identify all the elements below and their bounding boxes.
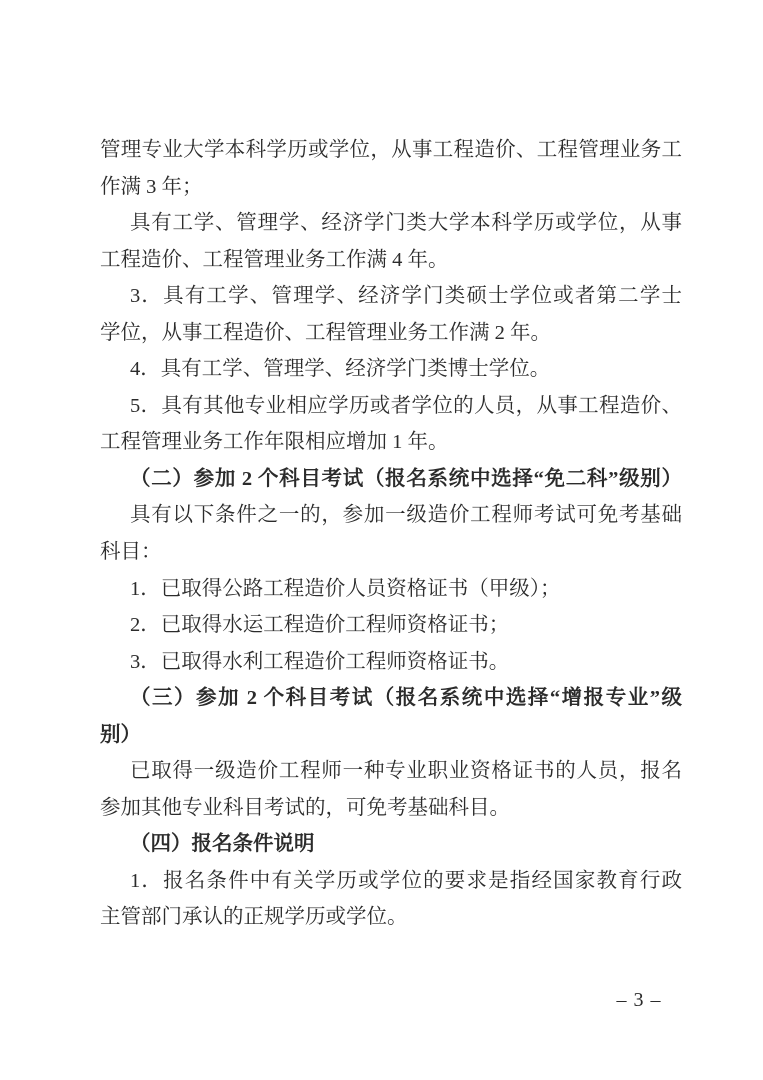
section-heading: （三）参加 2 个科目考试（报名系统中选择“增报专业”级	[100, 680, 682, 717]
list-item-line: 5．具有其他专业相应学历或者学位的人员，从事工程造价、	[100, 388, 682, 425]
document-page: 管理专业大学本科学历或学位，从事工程造价、工程管理业务工 作满 3 年； 具有工…	[0, 0, 763, 1080]
document-body: 管理专业大学本科学历或学位，从事工程造价、工程管理业务工 作满 3 年； 具有工…	[100, 132, 682, 936]
section-heading: （二）参加 2 个科目考试（报名系统中选择“免二科”级别）	[100, 461, 682, 498]
text-line: 作满 3 年；	[100, 169, 682, 206]
text-line: 工程管理业务工作年限相应增加 1 年。	[100, 424, 682, 461]
text-line: 具有以下条件之一的，参加一级造价工程师考试可免考基础	[100, 497, 682, 534]
text-line: 工程造价、工程管理业务工作满 4 年。	[100, 242, 682, 279]
text-line: 参加其他专业科目考试的，可免考基础科目。	[100, 790, 682, 827]
text-line: 科目：	[100, 534, 682, 571]
section-heading: （四）报名条件说明	[100, 826, 682, 863]
list-item-line: 3．具有工学、管理学、经济学门类硕士学位或者第二学士	[100, 278, 682, 315]
list-item-line: 3．已取得水利工程造价工程师资格证书。	[100, 644, 682, 681]
text-line: 学位，从事工程造价、工程管理业务工作满 2 年。	[100, 315, 682, 352]
section-heading: 别）	[100, 717, 682, 754]
list-item-line: 4．具有工学、管理学、经济学门类博士学位。	[100, 351, 682, 388]
list-item-line: 2．已取得水运工程造价工程师资格证书；	[100, 607, 682, 644]
list-item-line: 1．已取得公路工程造价人员资格证书（甲级）；	[100, 571, 682, 608]
page-number: – 3 –	[603, 988, 675, 1012]
text-line: 具有工学、管理学、经济学门类大学本科学历或学位，从事	[100, 205, 682, 242]
list-item-line: 1．报名条件中有关学历或学位的要求是指经国家教育行政	[100, 863, 682, 900]
text-line: 管理专业大学本科学历或学位，从事工程造价、工程管理业务工	[100, 132, 682, 169]
text-line: 主管部门承认的正规学历或学位。	[100, 899, 682, 936]
text-line: 已取得一级造价工程师一种专业职业资格证书的人员，报名	[100, 753, 682, 790]
